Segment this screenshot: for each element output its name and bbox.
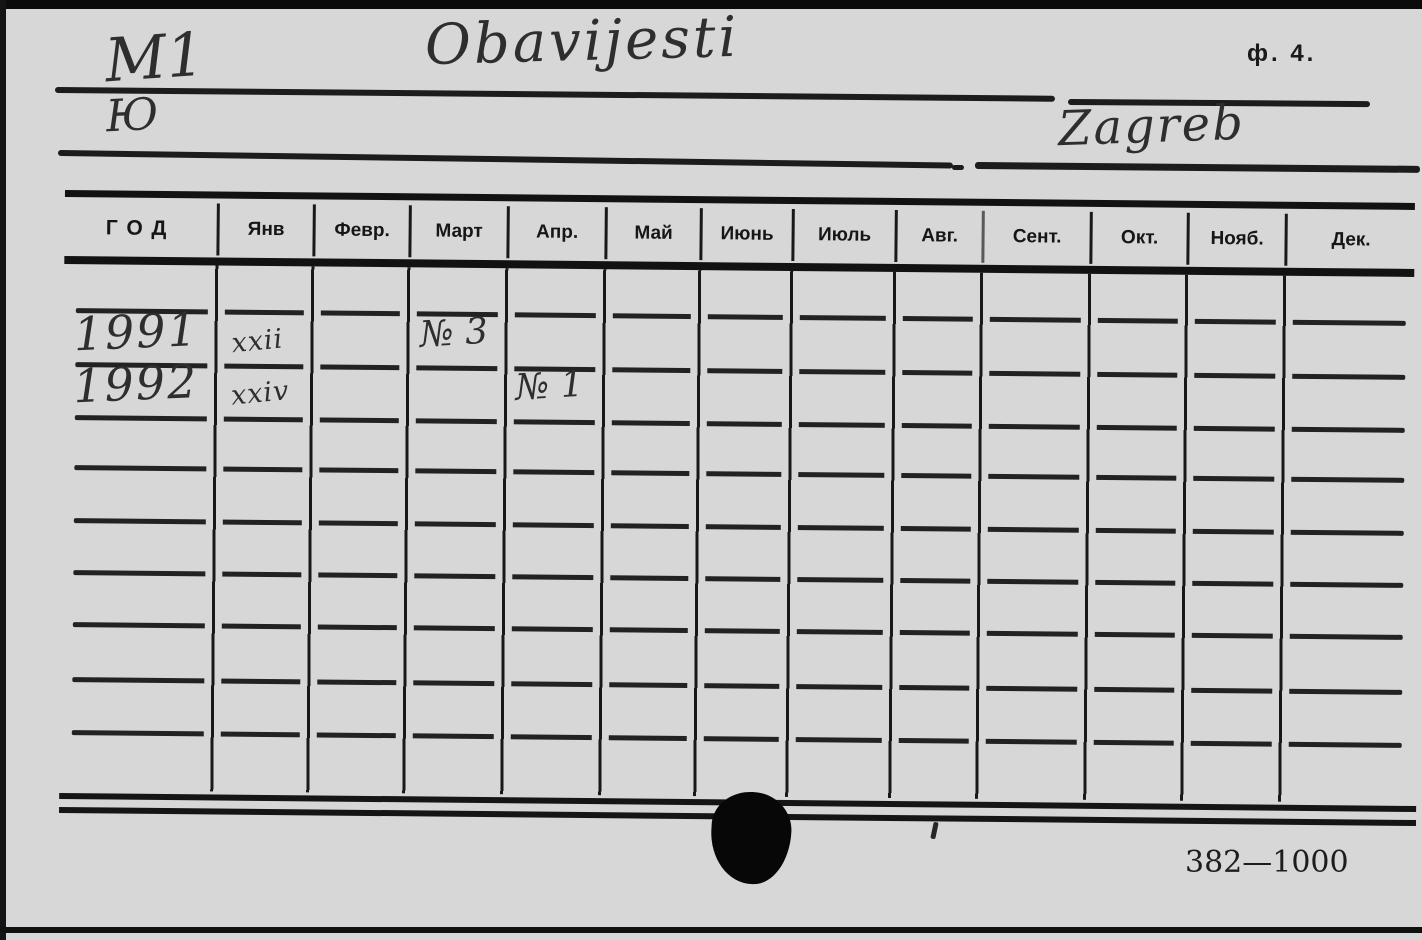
- shelf-code-line2: Ю: [105, 93, 160, 140]
- header-cell-jun: Июнь: [699, 208, 791, 261]
- table-grid-vline: [493, 268, 515, 794]
- print-run-code: 382—1000: [1185, 845, 1349, 880]
- issue-number-1992: № 1: [514, 367, 584, 407]
- header-cell-dec: Дек.: [1284, 214, 1414, 267]
- holdings-table: ГОД Янв Февр. Март Апр. Май Июнь Июль Ав…: [59, 190, 1415, 848]
- title-handwritten: Obavijesti: [424, 10, 740, 74]
- table-row-line: [72, 730, 1402, 748]
- table-grid-vline: [778, 271, 800, 797]
- header-cell-mar: Март: [408, 205, 506, 258]
- header-cell-apr: Апр.: [506, 206, 604, 259]
- scan-edge-bottom: [0, 927, 1422, 933]
- table-row-line: [72, 677, 1402, 695]
- table-grid-vline: [299, 266, 321, 792]
- header-cell-oct: Окт.: [1089, 212, 1186, 265]
- table-grid-vline: [1271, 276, 1293, 802]
- table-row-line: [74, 518, 1404, 536]
- shelf-code: М1: [103, 25, 207, 92]
- table-grid-vline: [203, 265, 225, 791]
- year-entry-1991: 1991: [73, 306, 200, 357]
- table-grid-vline: [1076, 274, 1098, 800]
- rule-line-city-b: [975, 162, 1420, 173]
- rule-line-dot: [952, 165, 964, 170]
- table-row-line: [74, 465, 1404, 483]
- library-card: М1 Ю ф. 4. Obavijesti Zagreb ГОД Янв Фев…: [0, 0, 1422, 940]
- table-row-line: [73, 622, 1403, 640]
- header-cell-nov: Нояб.: [1186, 213, 1284, 266]
- table-grid-vline: [968, 273, 990, 799]
- table-grid-vline: [591, 269, 613, 795]
- header-cell-jan: Янв: [216, 203, 312, 256]
- table-row-line: [75, 415, 1405, 433]
- header-cell-may: Май: [604, 207, 699, 260]
- header-cell-aug: Авг.: [894, 210, 981, 263]
- scan-edge-left: [0, 0, 6, 940]
- form-number: ф. 4.: [1247, 40, 1316, 68]
- holding-mark-1992-jan: xxiv: [230, 377, 291, 409]
- header-cell-jul: Июль: [791, 209, 894, 262]
- table-row-line: [73, 570, 1403, 588]
- header-cell-feb: Февр.: [312, 204, 408, 257]
- header-cell-sep: Сент.: [981, 211, 1089, 264]
- table-grid-vline: [881, 272, 903, 798]
- city-handwritten: Zagreb: [1057, 99, 1245, 153]
- holding-mark-1991-jan: xxii: [230, 325, 284, 357]
- table-grid-vline: [686, 270, 708, 796]
- rule-line-city-a: [58, 150, 953, 168]
- issue-number-1991: № 3: [419, 314, 489, 354]
- ink-blot: [709, 790, 794, 886]
- table-grid-vline: [395, 267, 417, 793]
- table-grid-vline: [1173, 275, 1195, 801]
- header-cell-year: ГОД: [64, 202, 216, 255]
- year-entry-1992: 1992: [72, 358, 199, 409]
